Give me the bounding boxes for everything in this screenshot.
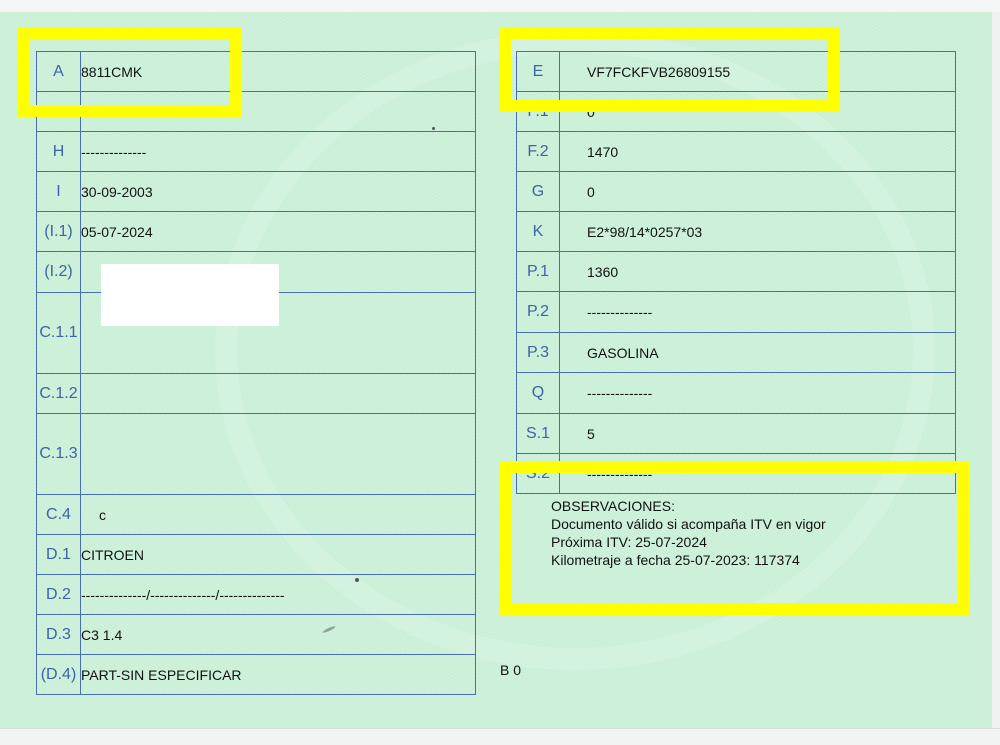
field-value: -------------- bbox=[81, 132, 476, 172]
paper-speck bbox=[432, 127, 435, 130]
field-label: G bbox=[517, 172, 560, 212]
field-value: c bbox=[81, 495, 476, 535]
field-label: Q bbox=[517, 373, 560, 414]
field-value: E2*98/14*0257*03 bbox=[560, 212, 956, 252]
paper-edge-bottom bbox=[0, 728, 1000, 745]
field-label: (I.1) bbox=[37, 212, 81, 252]
field-value: 0 bbox=[560, 172, 956, 212]
table-row: Q-------------- bbox=[517, 373, 956, 414]
field-value: 5 bbox=[560, 414, 956, 454]
field-label: C.1.2 bbox=[37, 374, 81, 414]
field-label: P.2 bbox=[517, 292, 560, 333]
table-row: D.3C3 1.4 bbox=[37, 615, 476, 655]
paper-edge-right bbox=[992, 12, 1000, 730]
field-label: S.1 bbox=[517, 414, 560, 454]
highlight-plate bbox=[18, 27, 242, 117]
field-label: C.4 bbox=[37, 495, 81, 535]
field-label: C.1.1 bbox=[37, 293, 81, 374]
table-row: C.1.2 bbox=[37, 374, 476, 414]
highlight-observations bbox=[500, 461, 970, 615]
table-row: C.4c bbox=[37, 495, 476, 535]
field-value bbox=[81, 414, 476, 495]
field-value: C3 1.4 bbox=[81, 615, 476, 655]
table-row: P.11360 bbox=[517, 252, 956, 292]
redaction-box bbox=[101, 264, 279, 326]
field-label: (D.4) bbox=[37, 655, 81, 695]
field-value: 05-07-2024 bbox=[81, 212, 476, 252]
field-value: 1360 bbox=[560, 252, 956, 292]
field-label: H bbox=[37, 132, 81, 172]
field-value: GASOLINA bbox=[560, 333, 956, 373]
highlight-vin bbox=[499, 27, 840, 112]
field-label: D.2 bbox=[37, 575, 81, 615]
table-row: I30-09-2003 bbox=[37, 172, 476, 212]
table-row: P.2-------------- bbox=[517, 292, 956, 333]
table-row: D.1CITROEN bbox=[37, 535, 476, 575]
field-label: F.2 bbox=[517, 132, 560, 172]
table-row: P.3GASOLINA bbox=[517, 333, 956, 373]
field-label: D.3 bbox=[37, 615, 81, 655]
table-row: D.2--------------/--------------/-------… bbox=[37, 575, 476, 615]
field-value: --------------/--------------/----------… bbox=[81, 575, 476, 615]
field-value bbox=[81, 374, 476, 414]
field-label: (I.2) bbox=[37, 252, 81, 293]
right-field-table: EVF7FCKFVB26809155F.10F.21470G0KE2*98/14… bbox=[516, 51, 956, 494]
field-label: K bbox=[517, 212, 560, 252]
field-label: I bbox=[37, 172, 81, 212]
field-label: P.1 bbox=[517, 252, 560, 292]
footer-code: B 0 bbox=[500, 662, 521, 678]
field-value: 1470 bbox=[560, 132, 956, 172]
left-field-table: A8811CMKBH--------------I30-09-2003(I.1)… bbox=[36, 51, 476, 695]
field-value: PART-SIN ESPECIFICAR bbox=[81, 655, 476, 695]
table-row: KE2*98/14*0257*03 bbox=[517, 212, 956, 252]
table-row: C.1.3 bbox=[37, 414, 476, 495]
paper-speck bbox=[355, 578, 359, 582]
table-row: F.21470 bbox=[517, 132, 956, 172]
table-row: H-------------- bbox=[37, 132, 476, 172]
field-value: CITROEN bbox=[81, 535, 476, 575]
field-label: C.1.3 bbox=[37, 414, 81, 495]
field-value: 30-09-2003 bbox=[81, 172, 476, 212]
field-label: D.1 bbox=[37, 535, 81, 575]
field-value: -------------- bbox=[560, 373, 956, 414]
table-row: (I.1)05-07-2024 bbox=[37, 212, 476, 252]
table-row: S.15 bbox=[517, 414, 956, 454]
field-label: P.3 bbox=[517, 333, 560, 373]
field-value: -------------- bbox=[560, 292, 956, 333]
table-row: (D.4)PART-SIN ESPECIFICAR bbox=[37, 655, 476, 695]
table-row: G0 bbox=[517, 172, 956, 212]
